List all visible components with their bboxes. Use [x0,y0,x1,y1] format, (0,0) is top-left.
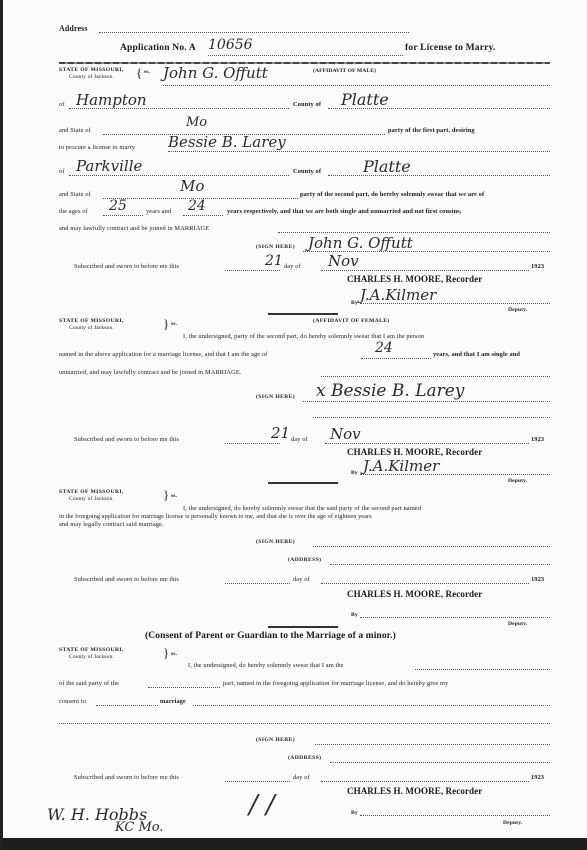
female-deputy-label: Deputy. [508,478,527,484]
consent-sign-line [315,744,550,745]
first-part-text: party of the first part, desiring [388,127,475,134]
venue-brace: { [136,66,142,79]
bride-county: Platte [363,157,411,176]
handwritten-mark: / / [249,790,275,820]
male-year: 1923 [531,263,544,270]
female-line-3: unmarried, and may lawfully contract and… [59,369,242,376]
scan-bottom-edge [3,838,587,850]
female-day-of: day of [291,436,308,443]
venue-ss: ss. [144,69,150,75]
consent-line-2-prefix: of the said party of the [59,680,119,687]
header-divider [59,62,550,64]
consent-month-line [321,781,529,782]
procure-text: to procure a license to marry [59,144,135,151]
consent-deputy-label: Deputy. [503,820,522,826]
female-recorder: CHARLES H. MOORE, Recorder [347,447,482,457]
officiant-note-line-2: KC Mo. [115,820,163,835]
application-label: Application No. A [120,43,196,53]
consent-line-3-prefix: consent to [59,698,86,705]
consent-deputy-line [360,815,550,816]
venue-state: STATE OF MISSOURI, [59,67,124,73]
lawful-line [278,232,550,233]
female-line-3-dots [321,376,550,377]
consent-marriage-word: marriage [160,698,186,705]
female-by-label: By [351,470,358,476]
male-deputy-signature: J.A.Kilmer [360,286,436,304]
address-line [99,32,409,33]
groom-city: Hampton [76,91,147,109]
groom-city-line [69,108,289,109]
venue-county: County of Jackson. [69,74,114,80]
witness-day-line [225,583,290,584]
witness-sign-label: (SIGN HERE) [256,539,295,545]
female-deputy-signature: J.A.Kilmer [363,457,439,475]
female-venue-state: STATE OF MISSOURI, [59,318,124,324]
second-part-text: party of the second part, do hereby sole… [300,191,484,198]
witness-line-2: in the foregoing application for marriag… [59,513,372,520]
consent-relation-line [415,669,550,670]
consent-line-1: I, the undersigned, do hereby solemnly s… [188,662,344,669]
application-line [208,55,403,56]
male-day: 21 [265,253,283,269]
section-rule-2 [268,482,338,484]
witness-venue-county: County of Jackson. [69,496,114,502]
female-deputy-line [360,474,550,475]
years-and: years and [146,208,171,215]
witness-deputy-label: Deputy. [508,621,527,627]
bride-city-line [69,175,289,176]
of-label: of [59,101,65,108]
female-month-line [325,443,529,444]
male-affidavit-title: (AFFIDAVIT OF MALE) [313,68,376,74]
bride-county-label: County of [293,168,321,175]
female-line-2-prefix: named in the above application for a mar… [59,351,267,358]
consent-marriage-line [193,705,550,706]
male-deputy-label: Deputy. [508,307,527,313]
consent-extra-line [59,723,550,724]
male-recorder: CHARLES H. MOORE, Recorder [347,274,482,284]
witness-sworn-text: Subscribed and sworn to before me this [74,576,179,583]
groom-name-line [163,85,550,86]
witness-venue-ss: ss. [171,493,177,499]
witness-venue-state: STATE OF MISSOURI, [59,489,124,495]
male-day-line [225,270,280,271]
bride-signature: x Bessie B. Larey [316,381,464,401]
application-number: 10656 [208,37,253,53]
consent-venue-brace: } [163,646,169,659]
witness-by-label: By [351,612,358,618]
female-venue-county: County of Jackson. [69,325,114,331]
female-age-line [361,358,431,359]
female-sworn-text: Subscribed and sworn to before me this [74,436,179,443]
male-month: Nov [328,252,359,270]
witness-day-of: day of [293,576,310,583]
license-suffix: for License to Marry. [405,43,496,53]
consent-title: (Consent of Parent or Guardian to the Ma… [145,631,396,641]
female-month: Nov [330,425,361,443]
groom-name: John G. Offutt [163,64,268,82]
witness-recorder: CHARLES H. MOORE, Recorder [347,589,482,599]
witness-address-line [330,564,550,565]
female-sign-line [303,401,550,402]
age-male-line [103,215,143,216]
witness-venue-brace: } [163,488,169,501]
witness-year: 1923 [531,576,544,583]
bride-state-label: and State of [59,191,91,198]
consent-venue-state: STATE OF MISSOURI, [59,647,124,653]
male-sign-label: (SIGN HERE) [256,244,295,250]
lawful-text: and may lawfully contract and be joined … [59,225,209,232]
marriage-license-document: Address Application No. A 10656 for Lice… [0,0,587,850]
witness-line-1: I, the undersigned, do hereby solemnly s… [183,505,421,512]
consent-line-2-suffix: part, named in the foregoing application… [223,680,448,687]
address-label: Address [59,24,88,33]
witness-sign-line [313,546,550,547]
consent-address-line [330,762,550,763]
witness-line-3: and may legally contract said marriage. [59,521,164,528]
female-venue-ss: ss. [171,321,177,327]
female-line-1: I, the undersigned, party of the second … [183,333,424,340]
bride-state: Mo [180,177,204,195]
consent-by-label: By [351,810,358,816]
female-affidavit-title: (AFFIDAVIT OF FEMALE) [313,318,390,324]
consent-to-line [96,705,158,706]
groom-county-line [328,108,550,109]
groom-county: Platte [341,90,389,109]
consent-day-line [225,781,290,782]
consent-recorder: CHARLES H. MOORE, Recorder [347,786,482,796]
groom-signature: John G. Offutt [308,234,413,252]
female-age: 24 [375,340,393,356]
ages-prefix: the ages of [59,208,88,215]
bride-name-line [168,151,550,152]
groom-county-label: County of [293,101,321,108]
consent-sworn-text: Subscribed and sworn to before me this [74,774,179,781]
bride-of-label: of [59,168,65,175]
witness-month-line [321,583,529,584]
female-day-line [225,443,280,444]
male-day-of: day of [284,263,301,270]
bride-county-line [328,175,550,176]
consent-party-line [148,687,220,688]
consent-day-of: day of [293,774,310,781]
age-male: 25 [109,198,127,214]
groom-state: Mo [186,115,207,130]
age-female-line [183,215,223,216]
female-year: 1923 [531,436,544,443]
bride-city: Parkville [76,157,142,175]
age-female-male-affidavit: 24 [188,198,206,214]
male-month-line [321,270,529,271]
female-sign-line-2 [313,417,550,418]
female-sign-label: (SIGN HERE) [256,394,295,400]
section-rule-1 [268,313,338,315]
section-rule-3 [268,626,338,628]
consent-year: 1923 [531,774,544,781]
groom-state-label: and State of [59,127,91,134]
female-venue-brace: } [163,317,169,330]
female-day: 21 [271,424,290,442]
male-sworn-text: Subscribed and sworn to before me this [74,263,179,270]
consent-address-label: (ADDRESS) [288,755,321,761]
consent-venue-county: County of Jackson. [69,654,114,660]
consent-sign-label: (SIGN HERE) [256,737,295,743]
witness-address-label: (ADDRESS) [288,557,321,563]
male-by-label: By [351,300,358,306]
witness-deputy-line [360,617,550,618]
ages-suffix: years respectively, and that we are both… [227,208,462,215]
consent-venue-ss: ss. [171,651,177,657]
male-deputy-line [360,303,550,304]
bride-name: Bessie B. Larey [168,133,286,151]
female-line-2-suffix: years, and that I am single and [433,351,520,358]
